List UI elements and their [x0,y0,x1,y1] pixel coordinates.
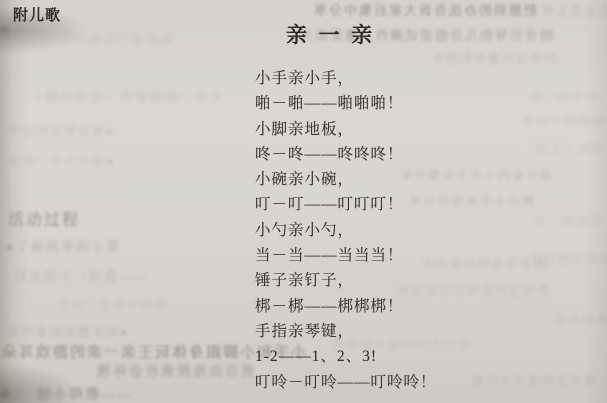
poem-line: 当－当——当当当！ [255,243,437,268]
book-page: 把想到的办法告诉大家后集中分享结合引导幼儿分组尝试操作，激发幼儿的学习兴趣和积极… [0,0,607,403]
poem-line: 啪－啪——啪啪啪！ [255,91,437,116]
page-content: 附儿歌 亲一亲 小手亲小手，啪－啪——啪啪啪！小脚亲地板，咚－咚——咚咚咚！小碗… [0,0,607,403]
poem-line: 小手亲小手， [255,66,437,91]
poem-line: 手指亲琴键， [255,319,437,344]
poem-line: 叮－叮——叮叮叮！ [255,192,437,217]
poem-line: 叮呤－叮呤——叮呤呤！ [255,370,437,395]
poem-line: 小勺亲小勺， [255,218,437,243]
poem-line: 锤子亲钉子， [255,268,437,293]
poem-line: 咚－咚——咚咚咚！ [255,142,437,167]
corner-label: 附儿歌 [13,4,61,25]
poem-line: 小脚亲地板， [255,117,437,142]
poem-title: 亲一亲 [286,19,384,49]
poem-line: 梆－梆——梆梆梆！ [255,294,437,319]
poem-line: 小碗亲小碗， [255,167,437,192]
poem-line: 1-2——1、2、3! [255,344,437,369]
poem: 小手亲小手，啪－啪——啪啪啪！小脚亲地板，咚－咚——咚咚咚！小碗亲小碗，叮－叮—… [255,66,437,395]
